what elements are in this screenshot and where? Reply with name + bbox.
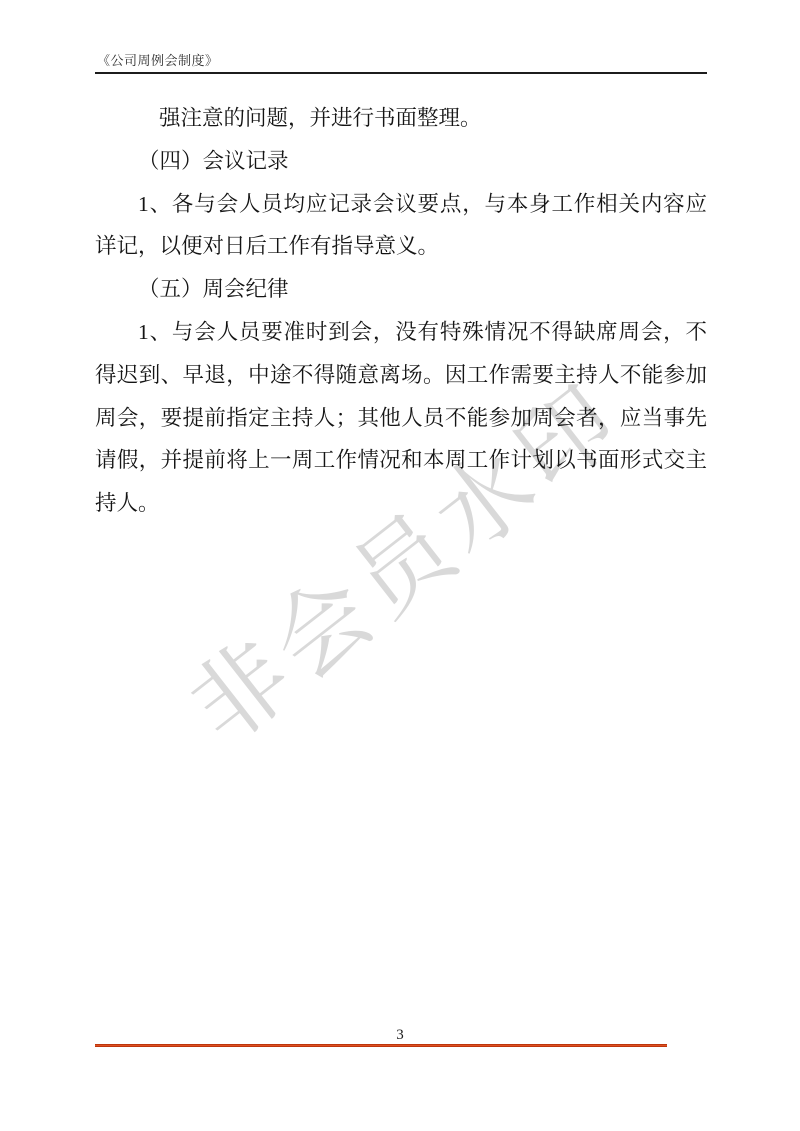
body-line: 持人。 — [95, 482, 707, 525]
header-rule — [95, 72, 707, 74]
page-number: 3 — [0, 1024, 800, 1046]
document-page: 《公司周例会制度》 非会员水印 强注意的问题，并进行书面整理。 （四）会议记录 … — [0, 0, 800, 1131]
body-line: 详记，以便对日后工作有指导意义。 — [95, 225, 707, 268]
body-line: 周会，要提前指定主持人；其他人员不能参加周会者，应当事先 — [95, 397, 707, 440]
body-line-heading-4: （四）会议记录 — [95, 140, 707, 183]
body-line: 1、与会人员要准时到会，没有特殊情况不得缺席周会，不 — [95, 311, 707, 354]
header-title: 《公司周例会制度》 — [97, 50, 219, 69]
body-line: 请假，并提前将上一周工作情况和本周工作计划以书面形式交主 — [95, 439, 707, 482]
body-text: 强注意的问题，并进行书面整理。 （四）会议记录 1、各与会人员均应记录会议要点，… — [95, 97, 707, 525]
body-line: 得迟到、早退，中途不得随意离场。因工作需要主持人不能参加 — [95, 354, 707, 397]
body-line: 强注意的问题，并进行书面整理。 — [95, 97, 707, 140]
body-line-heading-5: （五）周会纪律 — [95, 268, 707, 311]
body-line: 1、各与会人员均应记录会议要点，与本身工作相关内容应 — [95, 183, 707, 226]
